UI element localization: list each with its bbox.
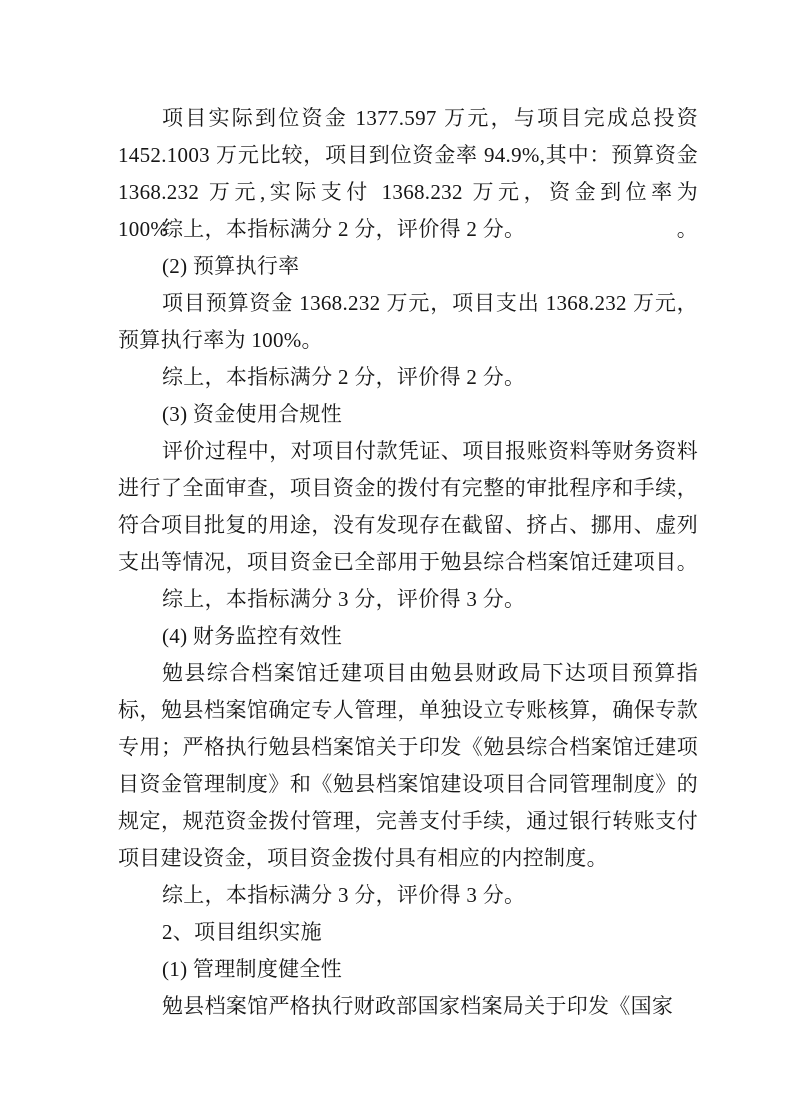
- text-line: 进行了全面审查，项目资金的拨付有完整的审批程序和手续，: [118, 470, 698, 507]
- text-line: 综上，本指标满分 2 分，评价得 2 分。: [118, 359, 698, 396]
- text-line: 1368.232 万元,实际支付 1368.232 万元，资金到位率为 100%…: [118, 174, 698, 211]
- text-line: 综上，本指标满分 3 分，评价得 3 分。: [118, 877, 698, 914]
- text-line: 勉县档案馆严格执行财政部国家档案局关于印发《国家: [118, 988, 698, 1025]
- text-line: (4) 财务监控有效性: [118, 618, 698, 655]
- text-line: 项目建设资金，项目资金拨付具有相应的内控制度。: [118, 840, 698, 877]
- text-line: 符合项目批复的用途，没有发现存在截留、挤占、挪用、虚列: [118, 507, 698, 544]
- text-line: 标，勉县档案馆确定专人管理，单独设立专账核算，确保专款: [118, 692, 698, 729]
- text-line: 预算执行率为 100%。: [118, 322, 698, 359]
- document-page: 项目实际到位资金 1377.597 万元，与项目完成总投资1452.1003 万…: [0, 0, 791, 1118]
- text-line: 1452.1003 万元比较，项目到位资金率 94.9%,其中：预算资金: [118, 137, 698, 174]
- text-line: 专用；严格执行勉县档案馆关于印发《勉县综合档案馆迁建项: [118, 729, 698, 766]
- text-line: (1) 管理制度健全性: [118, 951, 698, 988]
- text-line: 勉县综合档案馆迁建项目由勉县财政局下达项目预算指: [118, 655, 698, 692]
- document-body: 项目实际到位资金 1377.597 万元，与项目完成总投资1452.1003 万…: [118, 100, 698, 1025]
- text-line: (3) 资金使用合规性: [118, 396, 698, 433]
- text-line: 评价过程中，对项目付款凭证、项目报账资料等财务资料: [118, 433, 698, 470]
- text-line: 项目实际到位资金 1377.597 万元，与项目完成总投资: [118, 100, 698, 137]
- text-line: 2、项目组织实施: [118, 914, 698, 951]
- text-line: 综上，本指标满分 3 分，评价得 3 分。: [118, 581, 698, 618]
- text-line: 规定，规范资金拨付管理，完善支付手续，通过银行转账支付: [118, 803, 698, 840]
- text-line: 支出等情况，项目资金已全部用于勉县综合档案馆迁建项目。: [118, 544, 698, 581]
- text-line: 项目预算资金 1368.232 万元，项目支出 1368.232 万元，: [118, 285, 698, 322]
- text-line: 目资金管理制度》和《勉县档案馆建设项目合同管理制度》的: [118, 766, 698, 803]
- text-line: (2) 预算执行率: [118, 248, 698, 285]
